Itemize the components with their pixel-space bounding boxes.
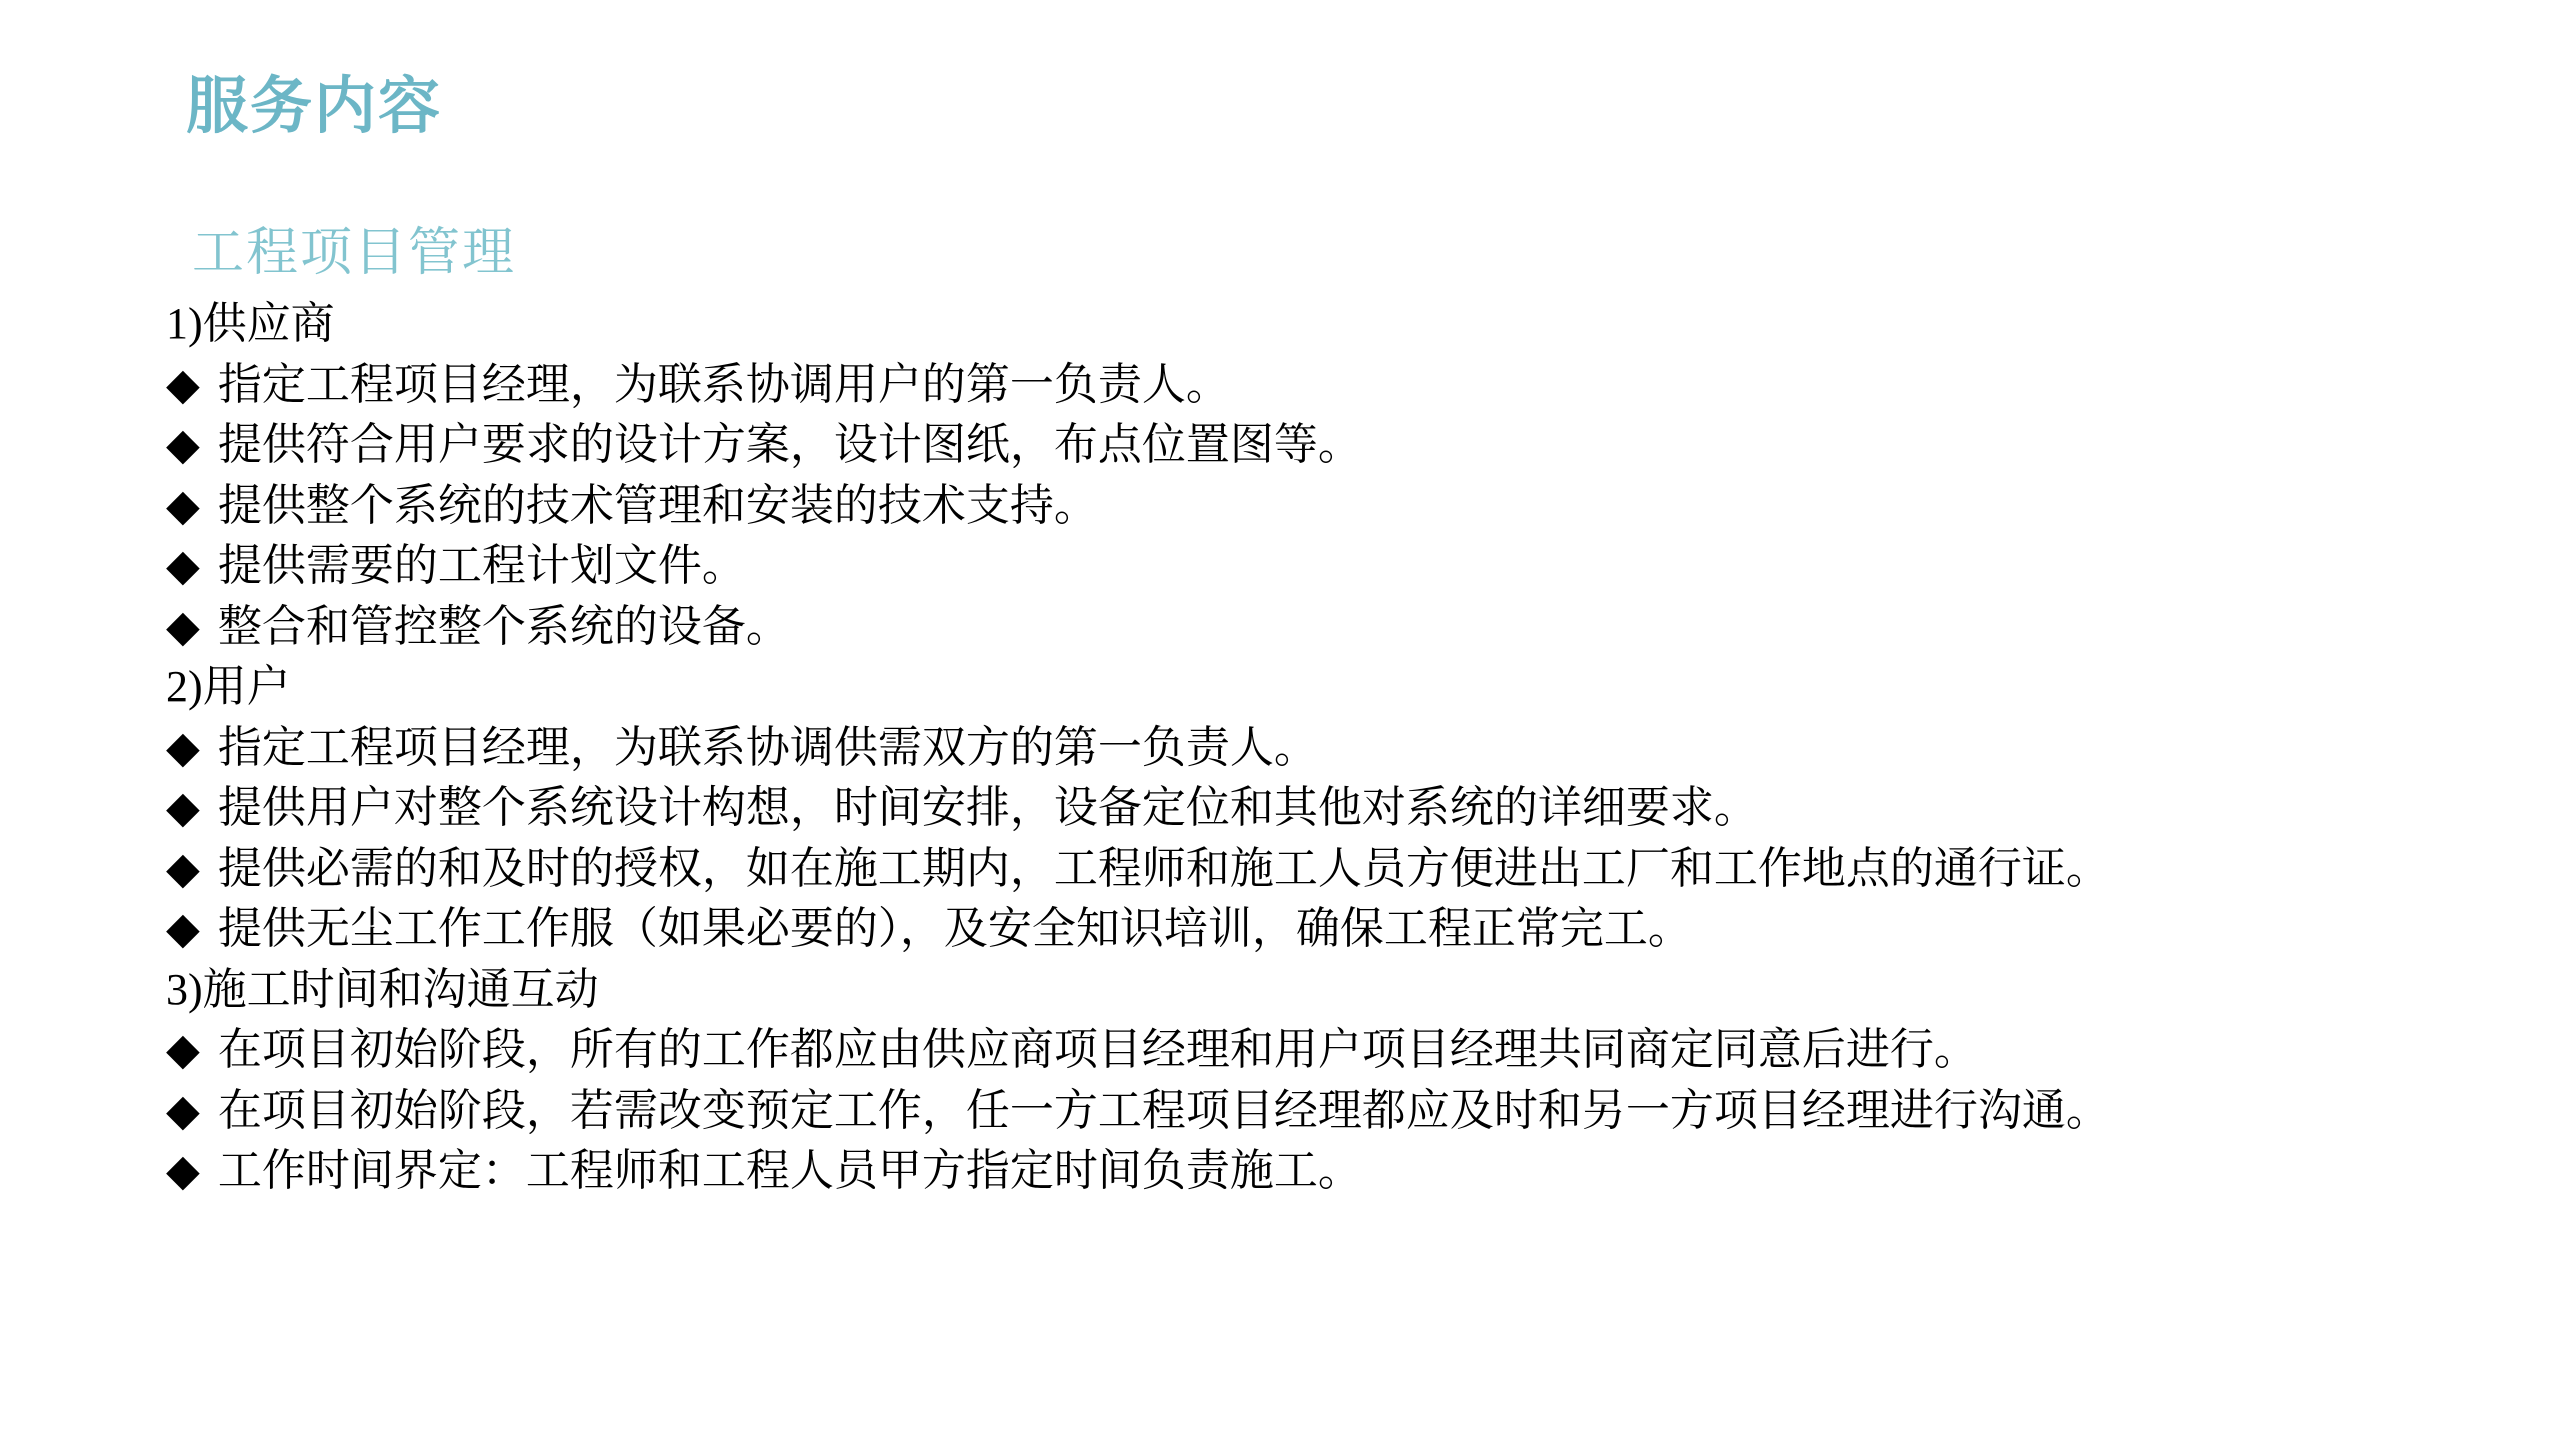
diamond-bullet-icon: ◆ bbox=[166, 1020, 200, 1081]
bullet-item: ◆提供必需的和及时的授权，如在施工期内，工程师和施工人员方便进出工厂和工作地点的… bbox=[166, 839, 2426, 900]
diamond-bullet-icon: ◆ bbox=[166, 899, 200, 960]
diamond-bullet-icon: ◆ bbox=[166, 476, 200, 537]
bullet-item: ◆在项目初始阶段，若需改变预定工作，任一方工程项目经理都应及时和另一方项目经理进… bbox=[166, 1081, 2426, 1142]
bullet-item: ◆提供整个系统的技术管理和安装的技术支持。 bbox=[166, 476, 2426, 537]
diamond-bullet-icon: ◆ bbox=[166, 536, 200, 597]
bullet-item-text: 工作时间界定：工程师和工程人员甲方指定时间负责施工。 bbox=[218, 1146, 1362, 1195]
diamond-bullet-icon: ◆ bbox=[166, 718, 200, 779]
bullet-item-text: 在项目初始阶段，所有的工作都应由供应商项目经理和用户项目经理共同商定同意后进行。 bbox=[218, 1025, 1978, 1074]
presentation-slide: 服务内容 工程项目管理 1)供应商◆指定工程项目经理，为联系协调用户的第一负责人… bbox=[0, 0, 2560, 1440]
bullet-item-text: 提供用户对整个系统设计构想，时间安排，设备定位和其他对系统的详细要求。 bbox=[218, 783, 1758, 832]
bullet-item-text: 整合和管控整个系统的设备。 bbox=[218, 602, 790, 651]
diamond-bullet-icon: ◆ bbox=[166, 415, 200, 476]
diamond-bullet-icon: ◆ bbox=[166, 778, 200, 839]
bullet-item-text: 提供必需的和及时的授权，如在施工期内，工程师和施工人员方便进出工厂和工作地点的通… bbox=[218, 844, 2110, 893]
bullet-item: ◆提供符合用户要求的设计方案，设计图纸，布点位置图等。 bbox=[166, 415, 2426, 476]
slide-body: 1)供应商◆指定工程项目经理，为联系协调用户的第一负责人。◆提供符合用户要求的设… bbox=[166, 294, 2426, 1202]
diamond-bullet-icon: ◆ bbox=[166, 355, 200, 416]
bullet-item: ◆工作时间界定：工程师和工程人员甲方指定时间负责施工。 bbox=[166, 1141, 2426, 1202]
section-heading-1: 1)供应商 bbox=[166, 294, 2426, 355]
bullet-item: ◆提供需要的工程计划文件。 bbox=[166, 536, 2426, 597]
section-title: 工程项目管理 bbox=[192, 218, 516, 288]
section-heading-2: 2)用户 bbox=[166, 657, 2426, 718]
bullet-item: ◆提供用户对整个系统设计构想，时间安排，设备定位和其他对系统的详细要求。 bbox=[166, 778, 2426, 839]
bullet-item: ◆在项目初始阶段，所有的工作都应由供应商项目经理和用户项目经理共同商定同意后进行… bbox=[166, 1020, 2426, 1081]
diamond-bullet-icon: ◆ bbox=[166, 839, 200, 900]
bullet-item-text: 提供需要的工程计划文件。 bbox=[218, 541, 746, 590]
bullet-item-text: 提供整个系统的技术管理和安装的技术支持。 bbox=[218, 481, 1098, 530]
section-heading-3: 3)施工时间和沟通互动 bbox=[166, 960, 2426, 1021]
diamond-bullet-icon: ◆ bbox=[166, 597, 200, 658]
bullet-item-text: 在项目初始阶段，若需改变预定工作，任一方工程项目经理都应及时和另一方项目经理进行… bbox=[218, 1086, 2110, 1135]
bullet-item: ◆指定工程项目经理，为联系协调用户的第一负责人。 bbox=[166, 355, 2426, 416]
bullet-item-text: 提供无尘工作工作服（如果必要的），及安全知识培训，确保工程正常完工。 bbox=[218, 904, 1692, 953]
bullet-item: ◆整合和管控整个系统的设备。 bbox=[166, 597, 2426, 658]
diamond-bullet-icon: ◆ bbox=[166, 1141, 200, 1202]
bullet-item-text: 指定工程项目经理，为联系协调供需双方的第一负责人。 bbox=[218, 723, 1318, 772]
diamond-bullet-icon: ◆ bbox=[166, 1081, 200, 1142]
bullet-item: ◆提供无尘工作工作服（如果必要的），及安全知识培训，确保工程正常完工。 bbox=[166, 899, 2426, 960]
bullet-item-text: 提供符合用户要求的设计方案，设计图纸，布点位置图等。 bbox=[218, 420, 1362, 469]
bullet-item-text: 指定工程项目经理，为联系协调用户的第一负责人。 bbox=[218, 360, 1230, 409]
bullet-item: ◆指定工程项目经理，为联系协调供需双方的第一负责人。 bbox=[166, 718, 2426, 779]
page-title: 服务内容 bbox=[186, 68, 442, 146]
